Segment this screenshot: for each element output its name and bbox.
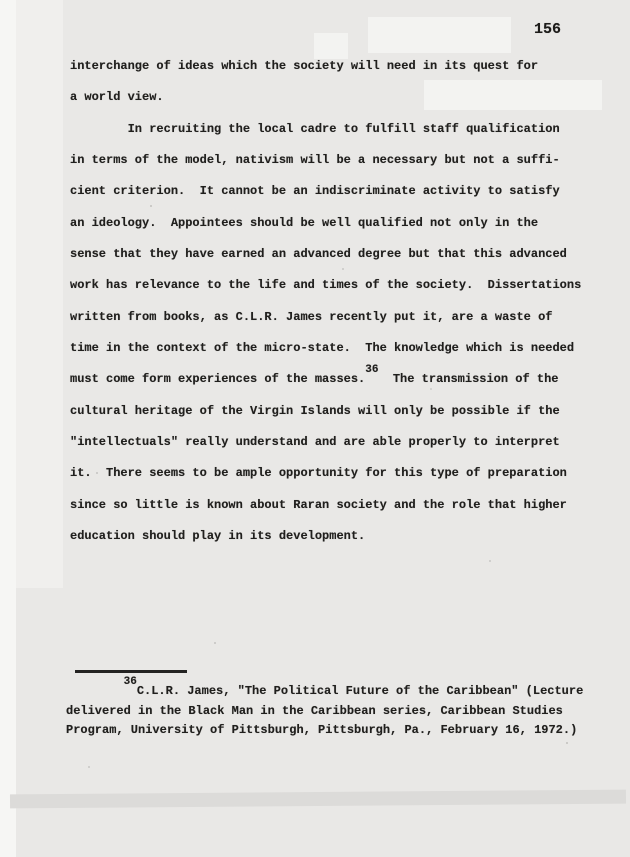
text-line: delivered in the Black Man in the Caribb… (66, 702, 611, 722)
text-line: sense that they have earned an advanced … (70, 239, 610, 270)
text-line: work has relevance to the life and times… (70, 270, 610, 301)
text-line: must come form experiences of the masses… (70, 364, 610, 395)
text-line: "intellectuals" really understand and ar… (70, 427, 610, 458)
text-line: In recruiting the local cadre to fulfill… (70, 114, 610, 145)
scan-bottom-edge (10, 790, 626, 809)
scan-speckles (0, 0, 2, 2)
text-line: time in the context of the micro-state. … (70, 333, 610, 364)
text-line: interchange of ideas which the society w… (70, 51, 610, 82)
footnote-reference-number: 36 (124, 676, 137, 688)
text-line: since so little is known about Raran soc… (70, 490, 610, 521)
footnote-divider (75, 670, 187, 673)
text-line: an ideology. Appointees should be well q… (70, 208, 610, 239)
text-segment: The transmission of the (378, 372, 558, 386)
text-segment (66, 684, 124, 698)
text-line: a world view. (70, 82, 610, 113)
text-line: education should play in its development… (70, 521, 610, 552)
text-line: it. There seems to be ample opportunity … (70, 458, 610, 489)
text-line: written from books, as C.L.R. James rece… (70, 302, 610, 333)
text-line: Program, University of Pittsburgh, Pitts… (66, 721, 611, 741)
scan-left-edge (0, 0, 16, 857)
page-number: 156 (534, 21, 561, 38)
scanned-document-page: 156 interchange of ideas which the socie… (0, 0, 630, 857)
footnote: 36C.L.R. James, "The Political Future of… (66, 682, 611, 741)
text-segment: C.L.R. James, "The Political Future of t… (137, 684, 583, 698)
scan-artifact-patch (368, 17, 511, 53)
text-line: cient criterion. It cannot be an indiscr… (70, 176, 610, 207)
text-segment: must come form experiences of the masses… (70, 372, 365, 386)
body-paragraphs: interchange of ideas which the society w… (70, 51, 610, 553)
text-line: 36C.L.R. James, "The Political Future of… (66, 682, 611, 702)
footnote-reference-number: 36 (365, 364, 378, 376)
text-line: in terms of the model, nativism will be … (70, 145, 610, 176)
text-line: cultural heritage of the Virgin Islands … (70, 396, 610, 427)
scan-left-band (16, 0, 63, 588)
